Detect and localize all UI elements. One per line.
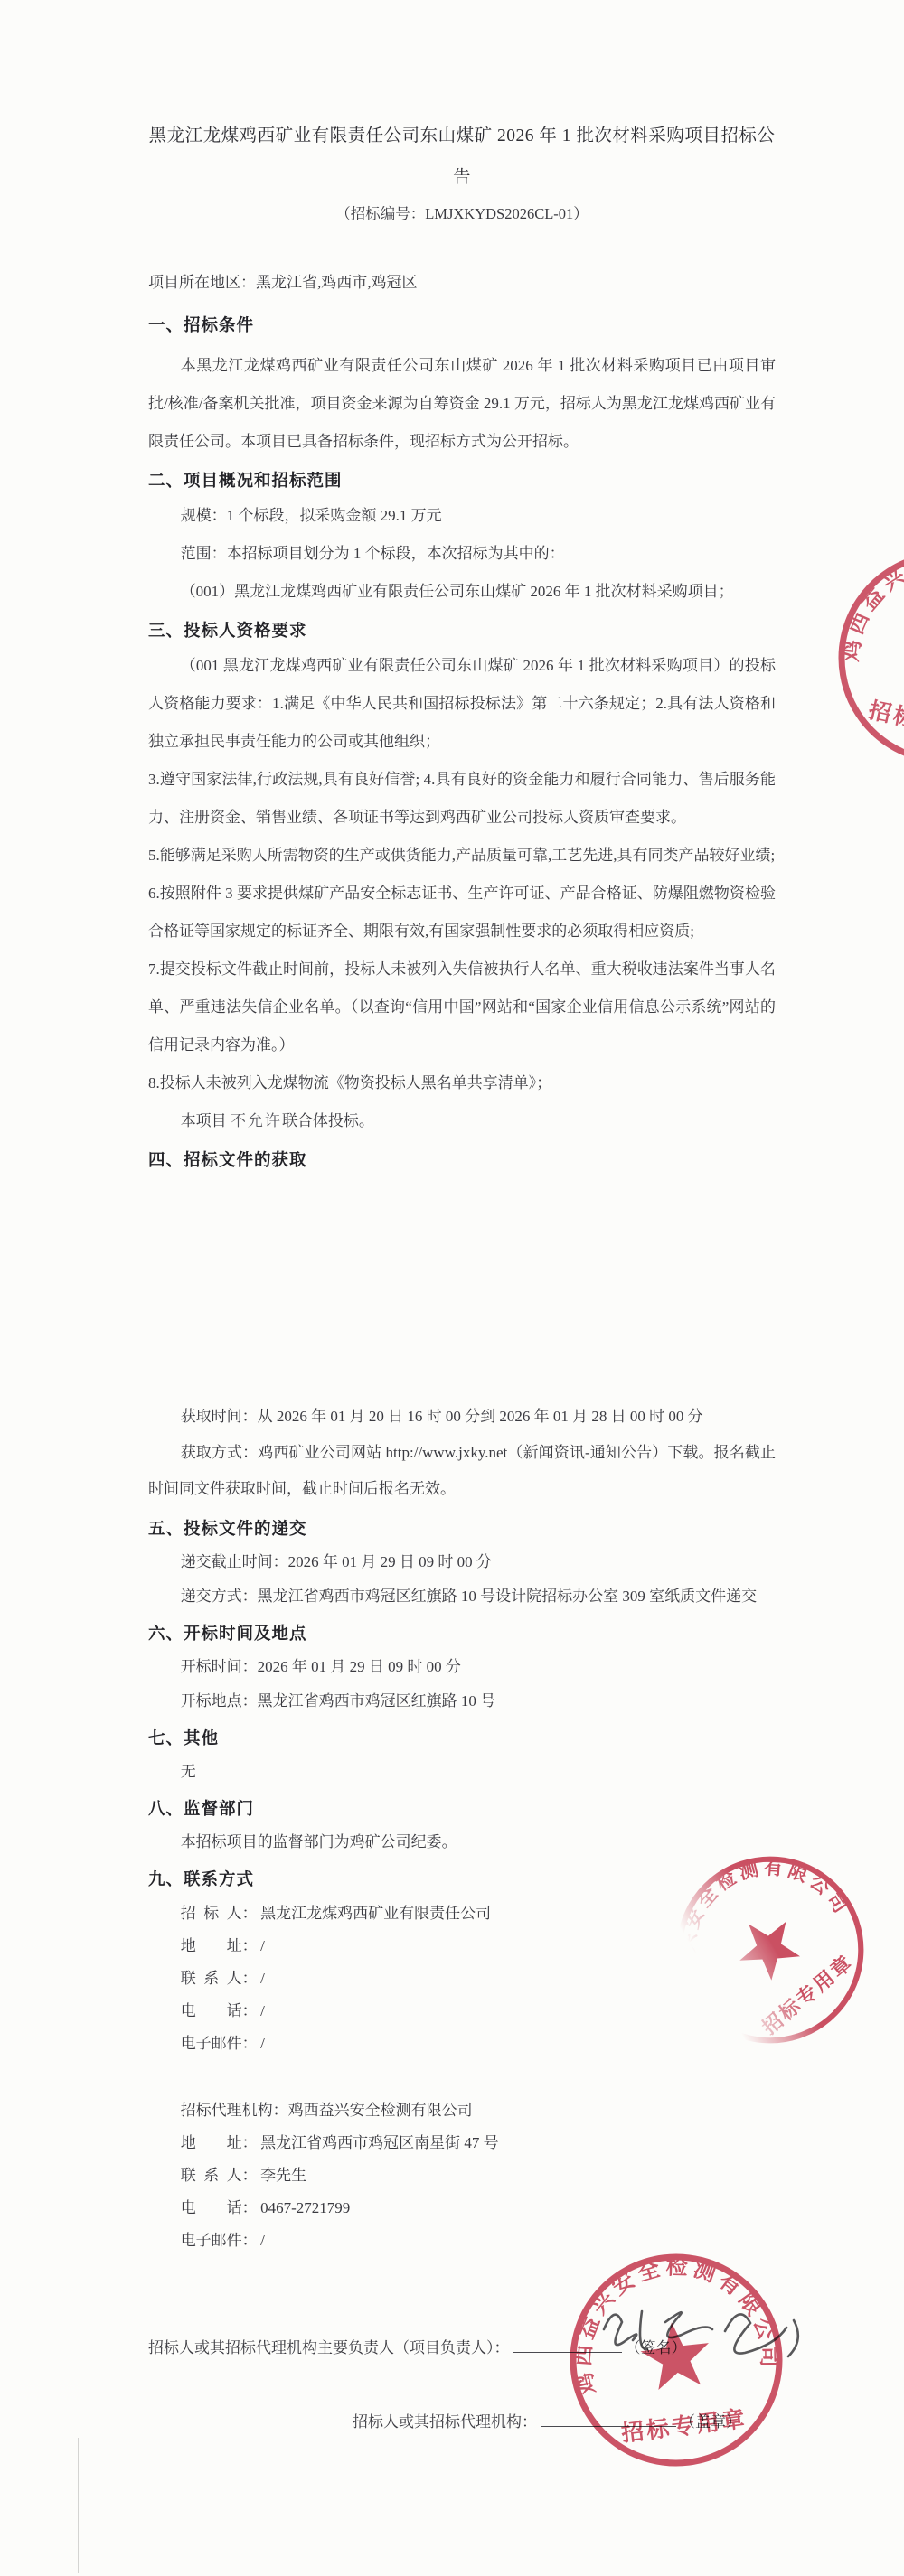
section-1-heading: 一、招标条件: [148, 309, 776, 342]
section-2-heading: 二、项目概况和招标范围: [148, 464, 776, 497]
agency-row: 电子邮件：/: [148, 2225, 776, 2257]
agency-email-value: /: [260, 2232, 265, 2249]
tenderer-contact-block: 招 标 人：黑龙江龙煤鸡西矿业有限责任公司 地 址：/ 联 系 人：/ 电 话：…: [148, 1897, 776, 2060]
obtain-time: 获取时间：从 2026 年 01 月 20 日 16 时 00 分到 2026 …: [148, 1399, 776, 1435]
section-3-heading: 三、投标人资格要求: [148, 614, 776, 647]
scan-edge-artifact: [78, 2438, 79, 2573]
section-8-heading: 八、监督部门: [148, 1793, 776, 1825]
email-label: 电子邮件：: [181, 2028, 260, 2060]
agency-label: 招标代理机构：: [181, 2102, 288, 2119]
agency-contact-label: 联 系 人：: [181, 2159, 260, 2192]
tenderer-value: 黑龙江龙煤鸡西矿业有限责任公司: [260, 1905, 491, 1922]
supervision-dept: 本招标项目的监督部门为鸡矿公司纪委。: [148, 1825, 776, 1859]
qualification-p4: 6.按照附件 3 要求提供煤矿产品安全标志证书、生产许可证、产品合格证、防爆阻燃…: [148, 875, 776, 951]
agency-row: 电 话：0467-2721799: [148, 2192, 776, 2225]
tenderer-row: 电子邮件：/: [148, 2028, 776, 2060]
agency-contact-block: 招标代理机构：鸡西益兴安全检测有限公司 地 址：黑龙江省鸡西市鸡冠区南星街 47…: [148, 2094, 776, 2257]
agency-address-label: 地 址：: [181, 2127, 260, 2159]
section-9-heading: 九、联系方式: [148, 1863, 776, 1896]
stamp-line: [541, 2410, 676, 2427]
agency-phone-value: 0467-2721799: [260, 2199, 350, 2216]
qualification-p6: 8.投标人未被列入龙煤物流《物资投标人黑名单共享清单》；: [148, 1064, 776, 1102]
tenderer-row: 招 标 人：黑龙江龙煤鸡西矿业有限责任公司: [148, 1897, 776, 1930]
contact-person-label: 联 系 人：: [181, 1962, 260, 1995]
lot-description: （001）黑龙江龙煤鸡西矿业有限责任公司东山煤矿 2026 年 1 批次材料采购…: [148, 573, 776, 611]
section-5-heading: 五、投标文件的递交: [148, 1513, 776, 1545]
signature-row-suffix: （签名）: [626, 2339, 687, 2356]
qualification-p3: 5.能够满足采购人所需物资的生产或供货能力,产品质量可靠,工艺先进,具有同类产品…: [148, 837, 776, 875]
qualification-p5: 7.提交投标文件截止时间前，投标人未被列入失信被执行人名单、重大税收违法案件当事…: [148, 951, 776, 1064]
stamp-row-suffix: （盖章）: [680, 2413, 741, 2431]
tenderer-row: 联 系 人：/: [148, 1962, 776, 1995]
block-gap: [148, 2060, 776, 2093]
email-value: /: [260, 2035, 265, 2052]
phone-label: 电 话：: [181, 1995, 260, 2028]
tender-number: （招标编号：LMJXKYDS2026CL-01）: [148, 199, 776, 229]
agency-contact-value: 李先生: [260, 2167, 306, 2184]
signature-line: [513, 2336, 622, 2353]
agency-address-value: 黑龙江省鸡西市鸡冠区南星街 47 号: [260, 2134, 499, 2151]
no-consortium-prefix: 本项目: [181, 1112, 231, 1129]
qualification-p2: 3.遵守国家法律,行政法规,具有良好信誉; 4.具有良好的资金能力和履行合同能力…: [148, 761, 776, 837]
responsible-person-signature-row: 招标人或其招标代理机构主要负责人（项目负责人）：（签名）: [148, 2333, 687, 2364]
section-1-paragraph: 本黑龙江龙煤鸡西矿业有限责任公司东山煤矿 2026 年 1 批次材料采购项目已由…: [148, 347, 776, 461]
no-consortium-note: 本项目 不允许联合体投标。: [148, 1102, 776, 1140]
section-7-heading: 七、其他: [148, 1722, 776, 1755]
no-consortium-emphasis: 不允许: [231, 1112, 282, 1129]
agency-row: 联 系 人：李先生: [148, 2159, 776, 2192]
project-scale: 规模：1 个标段，拟采购金额 29.1 万元: [148, 497, 776, 535]
company-seal-top: [805, 519, 904, 797]
address-value: /: [260, 1937, 265, 1954]
address-label: 地 址：: [181, 1930, 260, 1962]
obtain-method: 获取方式：鸡西矿业公司网站 http://www.jxky.net（新闻资讯-通…: [148, 1435, 776, 1507]
tenderer-label: 招 标 人：: [181, 1897, 260, 1930]
agency-row: 招标代理机构：鸡西益兴安全检测有限公司: [148, 2094, 776, 2127]
project-scope: 范围：本招标项目划分为 1 个标段，本次招标为其中的：: [148, 535, 776, 573]
stamp-row-label: 招标人或其招标代理机构：: [353, 2413, 537, 2431]
submission-method: 递交方式：黑龙江省鸡西市鸡冠区红旗路 10 号设计院招标办公室 309 室纸质文…: [148, 1579, 776, 1614]
tenderer-row: 电 话：/: [148, 1995, 776, 2028]
phone-value: /: [260, 2002, 265, 2019]
opening-time: 开标时间：2026 年 01 月 29 日 09 时 00 分: [148, 1650, 776, 1684]
qualification-p1: （001 黑龙江龙煤鸡西矿业有限责任公司东山煤矿 2026 年 1 批次材料采购…: [148, 647, 776, 761]
tenderer-row: 地 址：/: [148, 1930, 776, 1962]
agency-email-label: 电子邮件：: [181, 2225, 260, 2257]
project-location: 项目所在地区：黑龙江省,鸡西市,鸡冠区: [148, 269, 776, 296]
agency-value: 鸡西益兴安全检测有限公司: [288, 2102, 473, 2119]
other-note: 无: [148, 1755, 776, 1789]
document-body: 黑龙江龙煤鸡西矿业有限责任公司东山煤矿 2026 年 1 批次材料采购项目招标公…: [148, 0, 776, 1176]
scanned-tender-document: 黑龙江龙煤鸡西矿业有限责任公司东山煤矿 2026 年 1 批次材料采购项目招标公…: [0, 0, 904, 2576]
document-body-lower: 获取时间：从 2026 年 01 月 20 日 16 时 00 分到 2026 …: [148, 1399, 776, 2257]
submission-deadline: 递交截止时间：2026 年 01 月 29 日 09 时 00 分: [148, 1545, 776, 1579]
no-consortium-suffix: 联合体投标。: [282, 1112, 374, 1129]
document-title: 黑龙江龙煤鸡西矿业有限责任公司东山煤矿 2026 年 1 批次材料采购项目招标公…: [148, 116, 776, 199]
section-4-heading: 四、招标文件的获取: [148, 1144, 776, 1176]
agency-stamp-row: 招标人或其招标代理机构：（盖章）: [353, 2407, 741, 2438]
opening-place: 开标地点：黑龙江省鸡西市鸡冠区红旗路 10 号: [148, 1684, 776, 1719]
agency-phone-label: 电 话：: [181, 2192, 260, 2225]
contact-person-value: /: [260, 1970, 265, 1987]
signature-row-label: 招标人或其招标代理机构主要负责人（项目负责人）：: [148, 2339, 510, 2356]
section-6-heading: 六、开标时间及地点: [148, 1617, 776, 1650]
agency-row: 地 址：黑龙江省鸡西市鸡冠区南星街 47 号: [148, 2127, 776, 2159]
